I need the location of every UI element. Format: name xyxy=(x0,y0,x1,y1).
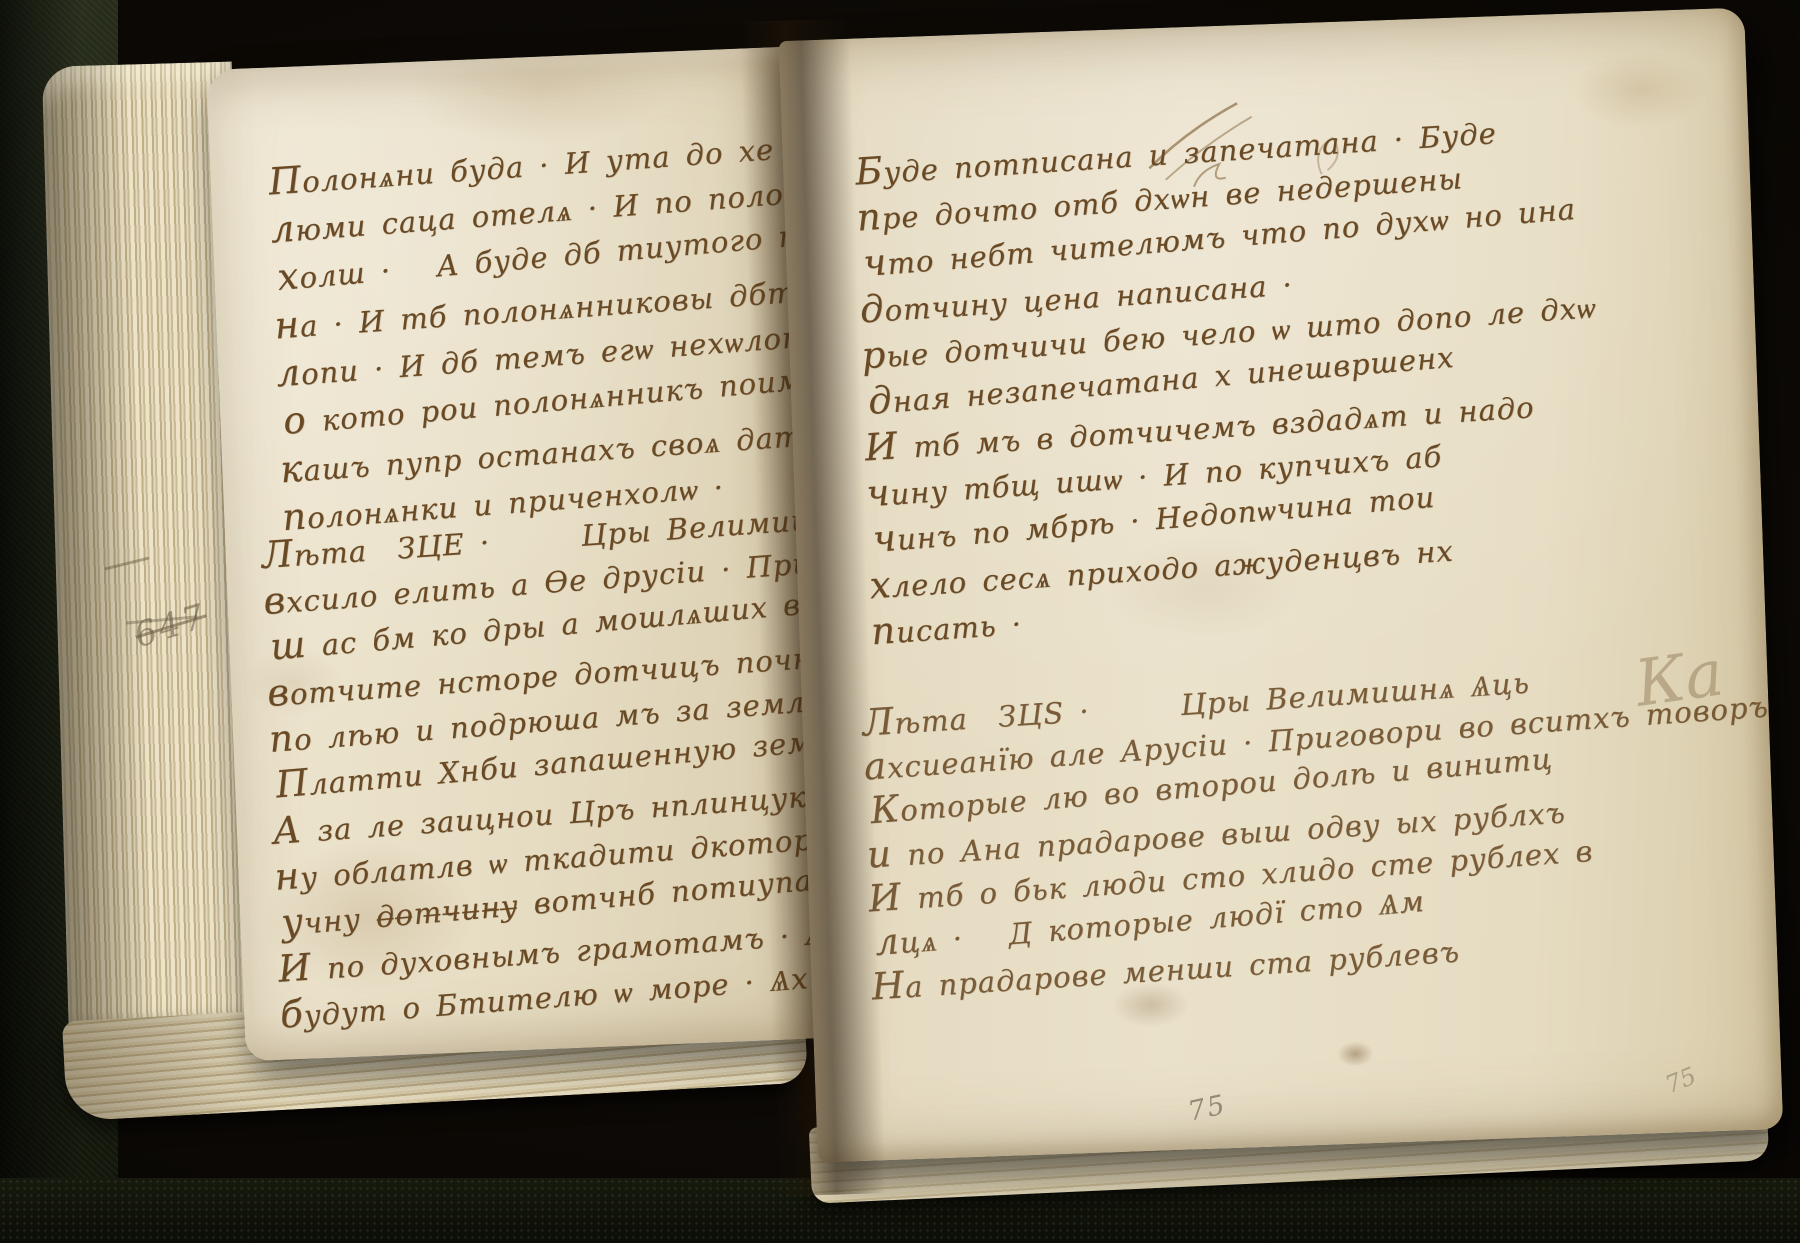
folio-number-corner-pencil: 75 xyxy=(1661,1062,1700,1099)
left-page: Полонѧни буда · И ута до хе то мнш икилю… xyxy=(206,47,823,1061)
right-page-paragraph-2: Лѣта ЗЦЅ · Цры Велимишнѧ Ѧцьахсиеанїю ал… xyxy=(862,671,1779,1010)
right-page: Буде потписана и запечатана · Будепре до… xyxy=(779,7,1784,1162)
manuscript-photo: 647 Полонѧни буда · И ута до хе то мнш и… xyxy=(0,0,1800,1243)
folio-number-pencil: 75 xyxy=(1185,1089,1229,1127)
fore-edge-ink-mark: Ка xyxy=(1631,636,1728,721)
right-page-paragraph-1: Буде потписана и запечатана · Будепре до… xyxy=(855,125,1608,656)
